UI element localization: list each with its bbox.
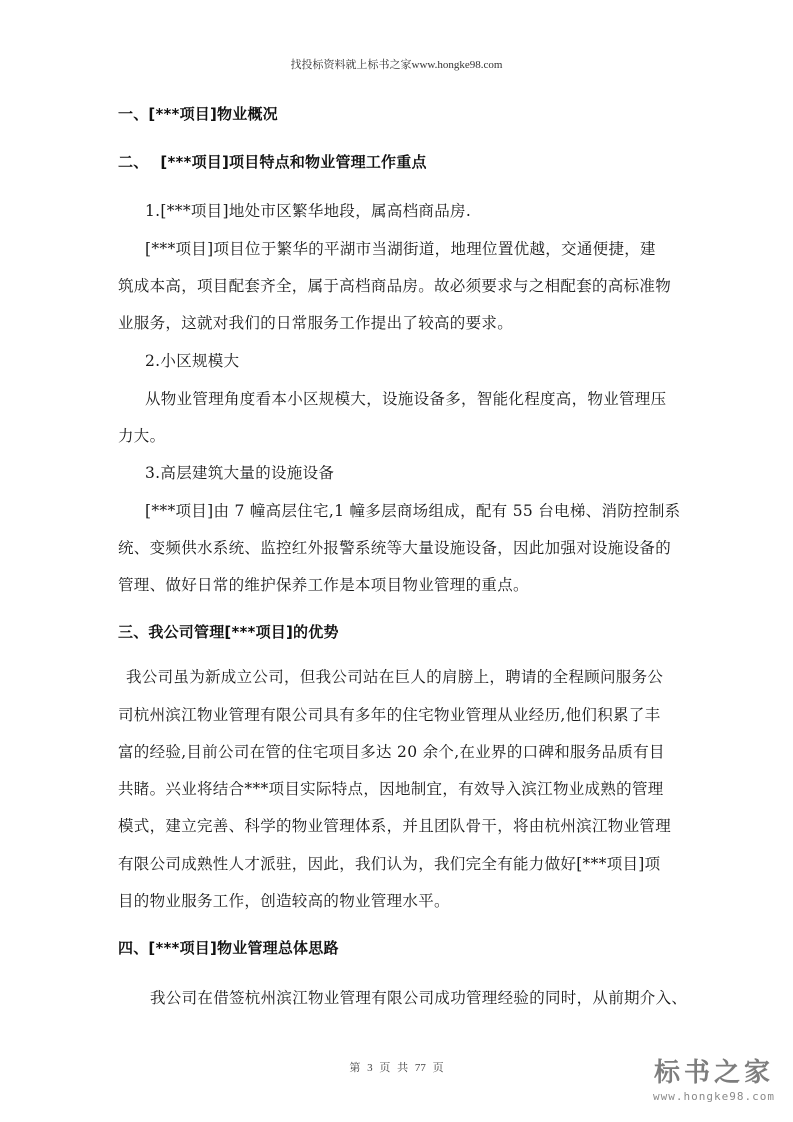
section-heading-3: 三、我公司管理[***项目]的优势 xyxy=(118,621,339,642)
paragraph-line: 筑成本高，项目配套齐全，属于高档商品房。故必须要求与之相配套的高标准物 xyxy=(118,274,671,296)
subheading-3: 3.高层建筑大量的设施设备 xyxy=(145,461,334,483)
section-number: 三、 xyxy=(118,621,148,642)
paragraph-line: 力大。 xyxy=(118,424,165,446)
paragraph-line: 富的经验,目前公司在管的住宅项目多达 20 余个,在业界的口碑和服务品质有目 xyxy=(118,740,665,762)
paragraph-line: 共睹。兴业将结合***项目实际特点，因地制宜，有效导入滨江物业成熟的管理 xyxy=(118,777,664,799)
section-number: 一、 xyxy=(118,103,148,124)
paragraph-line: [***项目]项目位于繁华的平湖市当湖街道，地理位置优越，交通便捷，建 xyxy=(145,237,656,259)
section-heading-1: 一、[***项目]物业概况 xyxy=(118,103,278,124)
paragraph-line: 统、变频供水系统、监控红外报警系统等大量设施设备，因此加强对设施设备的 xyxy=(118,536,671,558)
paragraph-line: 有限公司成熟性人才派驻，因此，我们认为，我们完全有能力做好[***项目]项 xyxy=(118,852,660,874)
section-title: [***项目]项目特点和物业管理工作重点 xyxy=(160,153,426,171)
subheading-1: 1.[***项目]地处市区繁华地段，属高档商品房. xyxy=(145,199,471,221)
section-number: 二、 xyxy=(118,151,148,172)
section-heading-4: 四、[***项目]物业管理总体思路 xyxy=(118,937,339,958)
paragraph-line: 目的物业服务工作，创造较高的物业管理水平。 xyxy=(118,889,450,911)
paragraph-line: 模式，建立完善、科学的物业管理体系，并且团队骨干，将由杭州滨江物业管理 xyxy=(118,814,671,836)
paragraph-line: [***项目]由 7 幢高层住宅,1 幢多层商场组成，配有 55 台电梯、消防控… xyxy=(145,499,680,521)
paragraph-line: 我公司在借签杭州滨江物业管理有限公司成功管理经验的同时，从前期介入、 xyxy=(150,986,687,1008)
section-number: 四、 xyxy=(118,937,148,958)
watermark-logo: 标书之家 www.hongke98.com xyxy=(640,1058,788,1103)
watermark-title: 标书之家 xyxy=(640,1058,788,1088)
section-title: 我公司管理[***项目]的优势 xyxy=(148,623,338,641)
section-heading-2: 二、[***项目]项目特点和物业管理工作重点 xyxy=(118,151,427,172)
page-header: 找投标资料就上标书之家www.hongke98.com xyxy=(0,56,793,72)
paragraph-line: 司杭州滨江物业管理有限公司具有多年的住宅物业管理从业经历,他们积累了丰 xyxy=(118,703,660,725)
section-title: [***项目]物业概况 xyxy=(148,105,277,123)
paragraph-line: 业服务，这就对我们的日常服务工作提出了较高的要求。 xyxy=(118,311,513,333)
watermark-url: www.hongke98.com xyxy=(640,1090,788,1103)
paragraph-line: 从物业管理角度看本小区规模大，设施设备多，智能化程度高，物业管理压 xyxy=(145,387,666,409)
subheading-2: 2.小区规模大 xyxy=(145,349,239,371)
section-title: [***项目]物业管理总体思路 xyxy=(148,939,338,957)
paragraph-line: 我公司虽为新成立公司，但我公司站在巨人的肩膀上，聘请的全程顾问服务公 xyxy=(126,665,663,687)
paragraph-line: 管理、做好日常的维护保养工作是本项目物业管理的重点。 xyxy=(118,573,529,595)
